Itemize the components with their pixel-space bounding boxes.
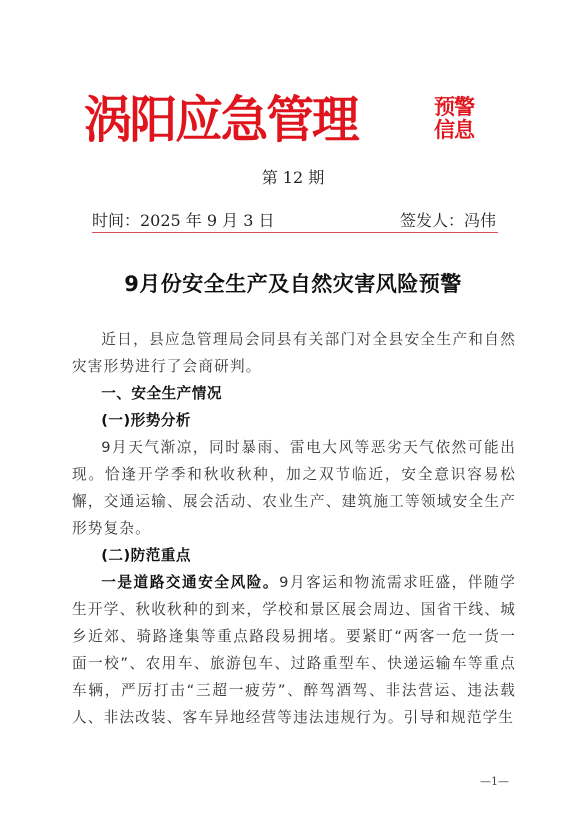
page-number: —1— — [480, 775, 509, 788]
masthead: 涡阳应急管理 预警 信息 — [84, 88, 504, 154]
issuer: 签发人：冯伟 — [400, 208, 496, 231]
point-text: 9月客运和物流需求旺盛，伴随学生开学、秋收秋种的到来，学校和景区展会周边、国省干… — [72, 574, 516, 726]
subsection-heading: (二)防范重点 — [72, 542, 516, 569]
issue-date: 时间：2025 年 9 月 3 日 — [92, 208, 275, 231]
masthead-title: 涡阳应急管理 — [84, 90, 358, 150]
situation-paragraph: 9月天气渐凉，同时暴雨、雷电大风等恶劣天气依然可能出现。恰逢开学季和秋收秋种，加… — [72, 434, 516, 542]
road-safety-paragraph: 一是道路交通安全风险。9月客运和物流需求旺盛，伴随学生开学、秋收秋种的到来，学校… — [72, 569, 516, 731]
meta-row: 时间：2025 年 9 月 3 日 签发人：冯伟 — [92, 208, 498, 230]
intro-paragraph: 近日，县应急管理局会同县有关部门对全县安全生产和自然灾害形势进行了会商研判。 — [72, 326, 516, 380]
masthead-tag: 预警 信息 — [434, 95, 484, 141]
point-lead: 一是道路交通安全风险。 — [101, 574, 279, 591]
document-body: 近日，县应急管理局会同县有关部门对全县安全生产和自然灾害形势进行了会商研判。 一… — [72, 326, 516, 731]
masthead-tag-line1: 预警 — [434, 95, 484, 118]
masthead-tag-line2: 信息 — [434, 118, 484, 141]
subsection-heading: (一)形势分析 — [72, 407, 516, 434]
section-heading: 一、安全生产情况 — [72, 380, 516, 407]
document-title: 9月份安全生产及自然灾害风险预警 — [0, 268, 586, 298]
issue-number: 第 12 期 — [0, 165, 586, 188]
header-divider — [92, 232, 498, 233]
